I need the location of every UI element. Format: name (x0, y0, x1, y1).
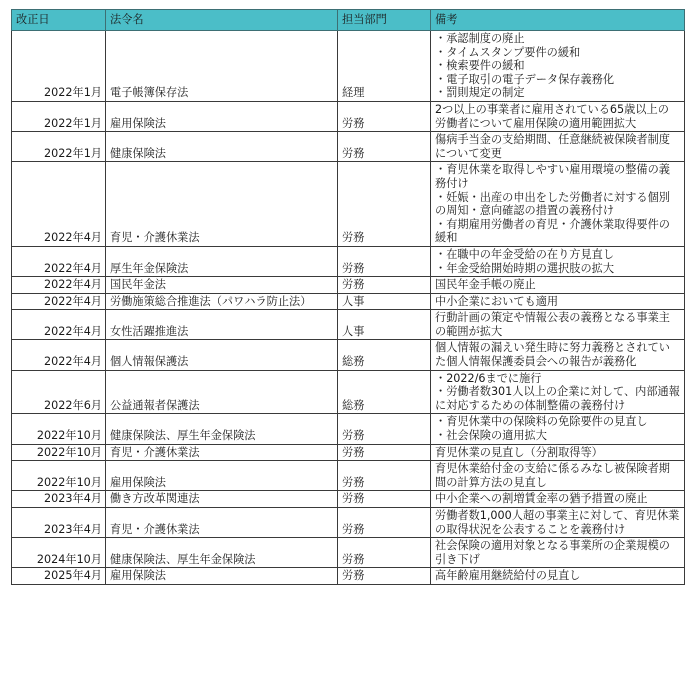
date-cell: 2022年4月 (12, 162, 106, 247)
notes-cell: 個人情報の漏えい発生時に努力義務とされていた個人情報保護委員会への報告が義務化 (431, 340, 685, 370)
header-dept: 担当部門 (338, 10, 431, 31)
table-row: 2022年4月厚生年金保険法労務・在職中の年金受給の在り方見直し ・年金受給開始… (12, 246, 685, 276)
date-cell: 2023年4月 (12, 491, 106, 508)
law-cell: 厚生年金保険法 (106, 246, 338, 276)
dept-cell: 総務 (338, 370, 431, 414)
date-cell: 2023年4月 (12, 508, 106, 538)
table-row: 2022年10月雇用保険法労務育児休業給付金の支給に係るみなし被保険者期間の計算… (12, 461, 685, 491)
law-cell: 育児・介護休業法 (106, 508, 338, 538)
law-cell: 雇用保険法 (106, 101, 338, 131)
law-cell: 健康保険法、厚生年金保険法 (106, 414, 338, 444)
dept-cell: 労務 (338, 414, 431, 444)
table-row: 2022年6月公益通報者保護法総務・2022/6までに施行 ・労働者数301人以… (12, 370, 685, 414)
law-revision-table: 改正日 法令名 担当部門 備考 2022年1月電子帳簿保存法経理・承認制度の廃止… (11, 9, 685, 585)
notes-cell: ・育児休業中の保険料の免除要件の見直し ・社会保険の適用拡大 (431, 414, 685, 444)
dept-cell: 労務 (338, 461, 431, 491)
law-cell: 国民年金法 (106, 277, 338, 294)
date-cell: 2022年1月 (12, 31, 106, 102)
table-row: 2022年10月育児・介護休業法労務育児休業の見直し（分割取得等） (12, 444, 685, 461)
notes-cell: 育児休業の見直し（分割取得等） (431, 444, 685, 461)
date-cell: 2025年4月 (12, 568, 106, 585)
date-cell: 2022年10月 (12, 461, 106, 491)
notes-cell: ・2022/6までに施行 ・労働者数301人以上の企業に対して、内部通報に対応す… (431, 370, 685, 414)
dept-cell: 労務 (338, 132, 431, 162)
notes-cell: 傷病手当金の支給期間、任意継続被保険者制度について変更 (431, 132, 685, 162)
law-cell: 健康保険法 (106, 132, 338, 162)
notes-cell: 中小企業への割増賃金率の猶予措置の廃止 (431, 491, 685, 508)
table-row: 2023年4月育児・介護休業法労務労働者数1,000人超の事業主に対して、育児休… (12, 508, 685, 538)
law-cell: 働き方改革関連法 (106, 491, 338, 508)
notes-cell: 高年齢雇用継続給付の見直し (431, 568, 685, 585)
date-cell: 2022年4月 (12, 340, 106, 370)
date-cell: 2022年4月 (12, 310, 106, 340)
notes-cell: 社会保険の適用対象となる事業所の企業規模の引き下げ (431, 538, 685, 568)
dept-cell: 労務 (338, 162, 431, 247)
dept-cell: 労務 (338, 101, 431, 131)
date-cell: 2022年1月 (12, 132, 106, 162)
date-cell: 2022年4月 (12, 277, 106, 294)
law-cell: 女性活躍推進法 (106, 310, 338, 340)
table-row: 2022年1月電子帳簿保存法経理・承認制度の廃止 ・タイムスタンプ要件の緩和 ・… (12, 31, 685, 102)
dept-cell: 労務 (338, 568, 431, 585)
law-cell: 健康保険法、厚生年金保険法 (106, 538, 338, 568)
law-cell: 個人情報保護法 (106, 340, 338, 370)
law-cell: 電子帳簿保存法 (106, 31, 338, 102)
dept-cell: 労務 (338, 444, 431, 461)
dept-cell: 労務 (338, 491, 431, 508)
header-date: 改正日 (12, 10, 106, 31)
notes-cell: ・承認制度の廃止 ・タイムスタンプ要件の緩和 ・検索要件の緩和 ・電子取引の電子… (431, 31, 685, 102)
table-row: 2022年4月国民年金法労務国民年金手帳の廃止 (12, 277, 685, 294)
table-row: 2022年1月雇用保険法労務2つ以上の事業者に雇用されている65歳以上の労働者に… (12, 101, 685, 131)
table-row: 2022年1月健康保険法労務傷病手当金の支給期間、任意継続被保険者制度について変… (12, 132, 685, 162)
law-cell: 雇用保険法 (106, 461, 338, 491)
law-cell: 公益通報者保護法 (106, 370, 338, 414)
date-cell: 2022年6月 (12, 370, 106, 414)
table-row: 2022年4月労働施策総合推進法（パワハラ防止法）人事中小企業においても適用 (12, 293, 685, 310)
dept-cell: 労務 (338, 246, 431, 276)
notes-cell: ・育児休業を取得しやすい雇用環境の整備の義務付け ・妊娠・出産の申出をした労働者… (431, 162, 685, 247)
notes-cell: ・在職中の年金受給の在り方見直し ・年金受給開始時期の選択肢の拡大 (431, 246, 685, 276)
date-cell: 2022年1月 (12, 101, 106, 131)
dept-cell: 総務 (338, 340, 431, 370)
table-row: 2024年10月健康保険法、厚生年金保険法労務社会保険の適用対象となる事業所の企… (12, 538, 685, 568)
notes-cell: 行動計画の策定や情報公表の義務となる事業主の範囲が拡大 (431, 310, 685, 340)
table-row: 2025年4月雇用保険法労務高年齢雇用継続給付の見直し (12, 568, 685, 585)
dept-cell: 人事 (338, 310, 431, 340)
notes-cell: 国民年金手帳の廃止 (431, 277, 685, 294)
table-row: 2022年4月個人情報保護法総務個人情報の漏えい発生時に努力義務とされていた個人… (12, 340, 685, 370)
law-cell: 育児・介護休業法 (106, 444, 338, 461)
notes-cell: 育児休業給付金の支給に係るみなし被保険者期間の計算方法の見直し (431, 461, 685, 491)
date-cell: 2024年10月 (12, 538, 106, 568)
header-row: 改正日 法令名 担当部門 備考 (12, 10, 685, 31)
notes-cell: 中小企業においても適用 (431, 293, 685, 310)
notes-cell: 労働者数1,000人超の事業主に対して、育児休業の取得状況を公表することを義務付… (431, 508, 685, 538)
date-cell: 2022年10月 (12, 444, 106, 461)
date-cell: 2022年4月 (12, 293, 106, 310)
dept-cell: 経理 (338, 31, 431, 102)
dept-cell: 労務 (338, 538, 431, 568)
table-row: 2022年10月健康保険法、厚生年金保険法労務・育児休業中の保険料の免除要件の見… (12, 414, 685, 444)
date-cell: 2022年10月 (12, 414, 106, 444)
header-law: 法令名 (106, 10, 338, 31)
dept-cell: 労務 (338, 277, 431, 294)
law-cell: 労働施策総合推進法（パワハラ防止法） (106, 293, 338, 310)
table-row: 2022年4月育児・介護休業法労務・育児休業を取得しやすい雇用環境の整備の義務付… (12, 162, 685, 247)
table-row: 2022年4月女性活躍推進法人事行動計画の策定や情報公表の義務となる事業主の範囲… (12, 310, 685, 340)
notes-cell: 2つ以上の事業者に雇用されている65歳以上の労働者について雇用保険の適用範囲拡大 (431, 101, 685, 131)
dept-cell: 労務 (338, 508, 431, 538)
law-cell: 雇用保険法 (106, 568, 338, 585)
date-cell: 2022年4月 (12, 246, 106, 276)
table-row: 2023年4月働き方改革関連法労務中小企業への割増賃金率の猶予措置の廃止 (12, 491, 685, 508)
law-cell: 育児・介護休業法 (106, 162, 338, 247)
dept-cell: 人事 (338, 293, 431, 310)
header-notes: 備考 (431, 10, 685, 31)
